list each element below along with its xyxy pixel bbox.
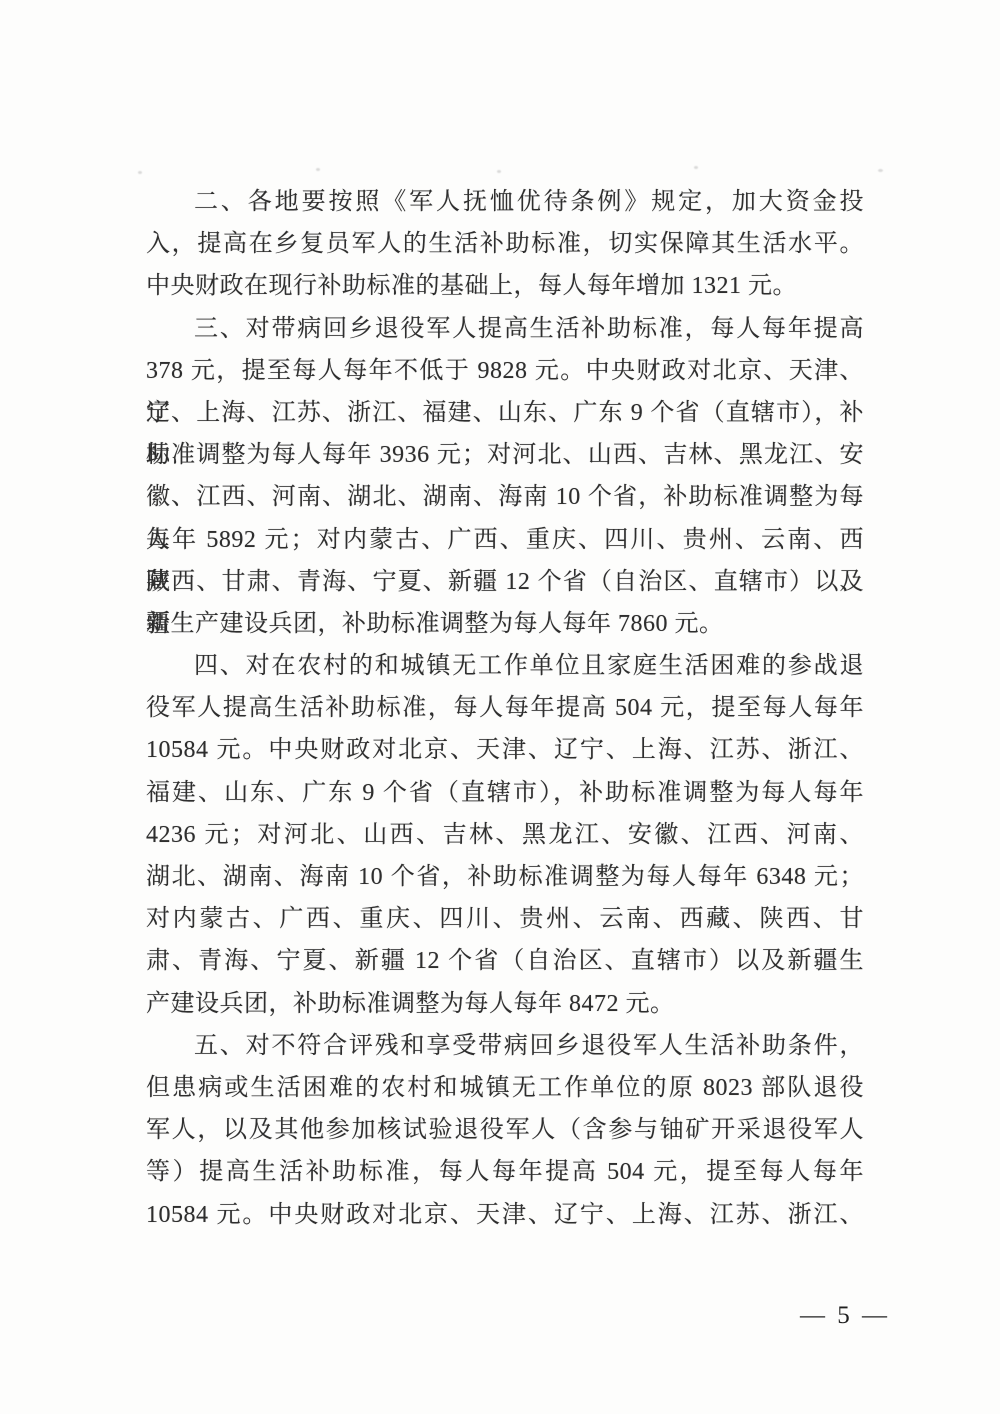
text-line: 陕西、甘肃、青海、宁夏、新疆 12 个省（自治区、直辖市）以及新 xyxy=(146,561,864,603)
paragraph: 二、各地要按照《军人抚恤优待条例》规定，加大资金投入，提高在乡复员军人的生活补助… xyxy=(146,181,864,308)
paragraph: 五、对不符合评残和享受带病回乡退役军人生活补助条件，但患病或生活困难的农村和城镇… xyxy=(146,1025,864,1236)
text-line: 五、对不符合评残和享受带病回乡退役军人生活补助条件， xyxy=(146,1025,864,1067)
text-line: 入，提高在乡复员军人的生活补助标准，切实保障其生活水平。 xyxy=(146,223,864,265)
text-line: 产建设兵团，补助标准调整为每人每年 8472 元。 xyxy=(146,983,864,1025)
scan-speck xyxy=(878,169,883,172)
text-line: 三、对带病回乡退役军人提高生活补助标准，每人每年提高 xyxy=(146,308,864,350)
text-line: 二、各地要按照《军人抚恤优待条例》规定，加大资金投 xyxy=(146,181,864,223)
paragraph: 三、对带病回乡退役军人提高生活补助标准，每人每年提高378 元，提至每人每年不低… xyxy=(146,308,864,646)
text-line: 中央财政在现行补助标准的基础上，每人每年增加 1321 元。 xyxy=(146,265,864,307)
text-line: 但患病或生活困难的农村和城镇无工作单位的原 8023 部队退役 xyxy=(146,1067,864,1109)
scan-speck xyxy=(497,170,501,173)
scan-speck xyxy=(138,171,142,174)
text-line: 4236 元；对河北、山西、吉林、黑龙江、安徽、江西、河南、 xyxy=(146,814,864,856)
text-line: 10584 元。中央财政对北京、天津、辽宁、上海、江苏、浙江、 xyxy=(146,1194,864,1236)
text-line: 宁、上海、江苏、浙江、福建、山东、广东 9 个省（直辖市），补助 xyxy=(146,392,864,434)
text-line: 徽、江西、河南、湖北、湖南、海南 10 个省，补助标准调整为每人 xyxy=(146,476,864,518)
text-line: 役军人提高生活补助标准，每人每年提高 504 元，提至每人每年 xyxy=(146,687,864,729)
text-line: 湖北、湖南、海南 10 个省，补助标准调整为每人每年 6348 元； xyxy=(146,856,864,898)
document-page: 二、各地要按照《军人抚恤优待条例》规定，加大资金投入，提高在乡复员军人的生活补助… xyxy=(0,0,1000,1414)
text-line: 10584 元。中央财政对北京、天津、辽宁、上海、江苏、浙江、 xyxy=(146,729,864,771)
text-line: 对内蒙古、广西、重庆、四川、贵州、云南、西藏、陕西、甘 xyxy=(146,898,864,940)
text-line: 疆生产建设兵团，补助标准调整为每人每年 7860 元。 xyxy=(146,603,864,645)
scan-speck xyxy=(694,166,698,169)
text-line: 四、对在农村的和城镇无工作单位且家庭生活困难的参战退 xyxy=(146,645,864,687)
body-text: 二、各地要按照《军人抚恤优待条例》规定，加大资金投入，提高在乡复员军人的生活补助… xyxy=(146,181,864,1236)
text-line: 军人，以及其他参加核试验退役军人（含参与铀矿开采退役军人 xyxy=(146,1109,864,1151)
text-line: 每年 5892 元；对内蒙古、广西、重庆、四川、贵州、云南、西藏、 xyxy=(146,519,864,561)
scan-speck xyxy=(316,168,320,171)
text-line: 肃、青海、宁夏、新疆 12 个省（自治区、直辖市）以及新疆生 xyxy=(146,940,864,982)
text-line: 标准调整为每人每年 3936 元；对河北、山西、吉林、黑龙江、安 xyxy=(146,434,864,476)
text-line: 378 元，提至每人每年不低于 9828 元。中央财政对北京、天津、辽 xyxy=(146,350,864,392)
text-line: 等）提高生活补助标准，每人每年提高 504 元，提至每人每年 xyxy=(146,1151,864,1193)
paragraph: 四、对在农村的和城镇无工作单位且家庭生活困难的参战退役军人提高生活补助标准，每人… xyxy=(146,645,864,1025)
text-line: 福建、山东、广东 9 个省（直辖市），补助标准调整为每人每年 xyxy=(146,772,864,814)
page-number: — 5 — xyxy=(790,1300,900,1332)
